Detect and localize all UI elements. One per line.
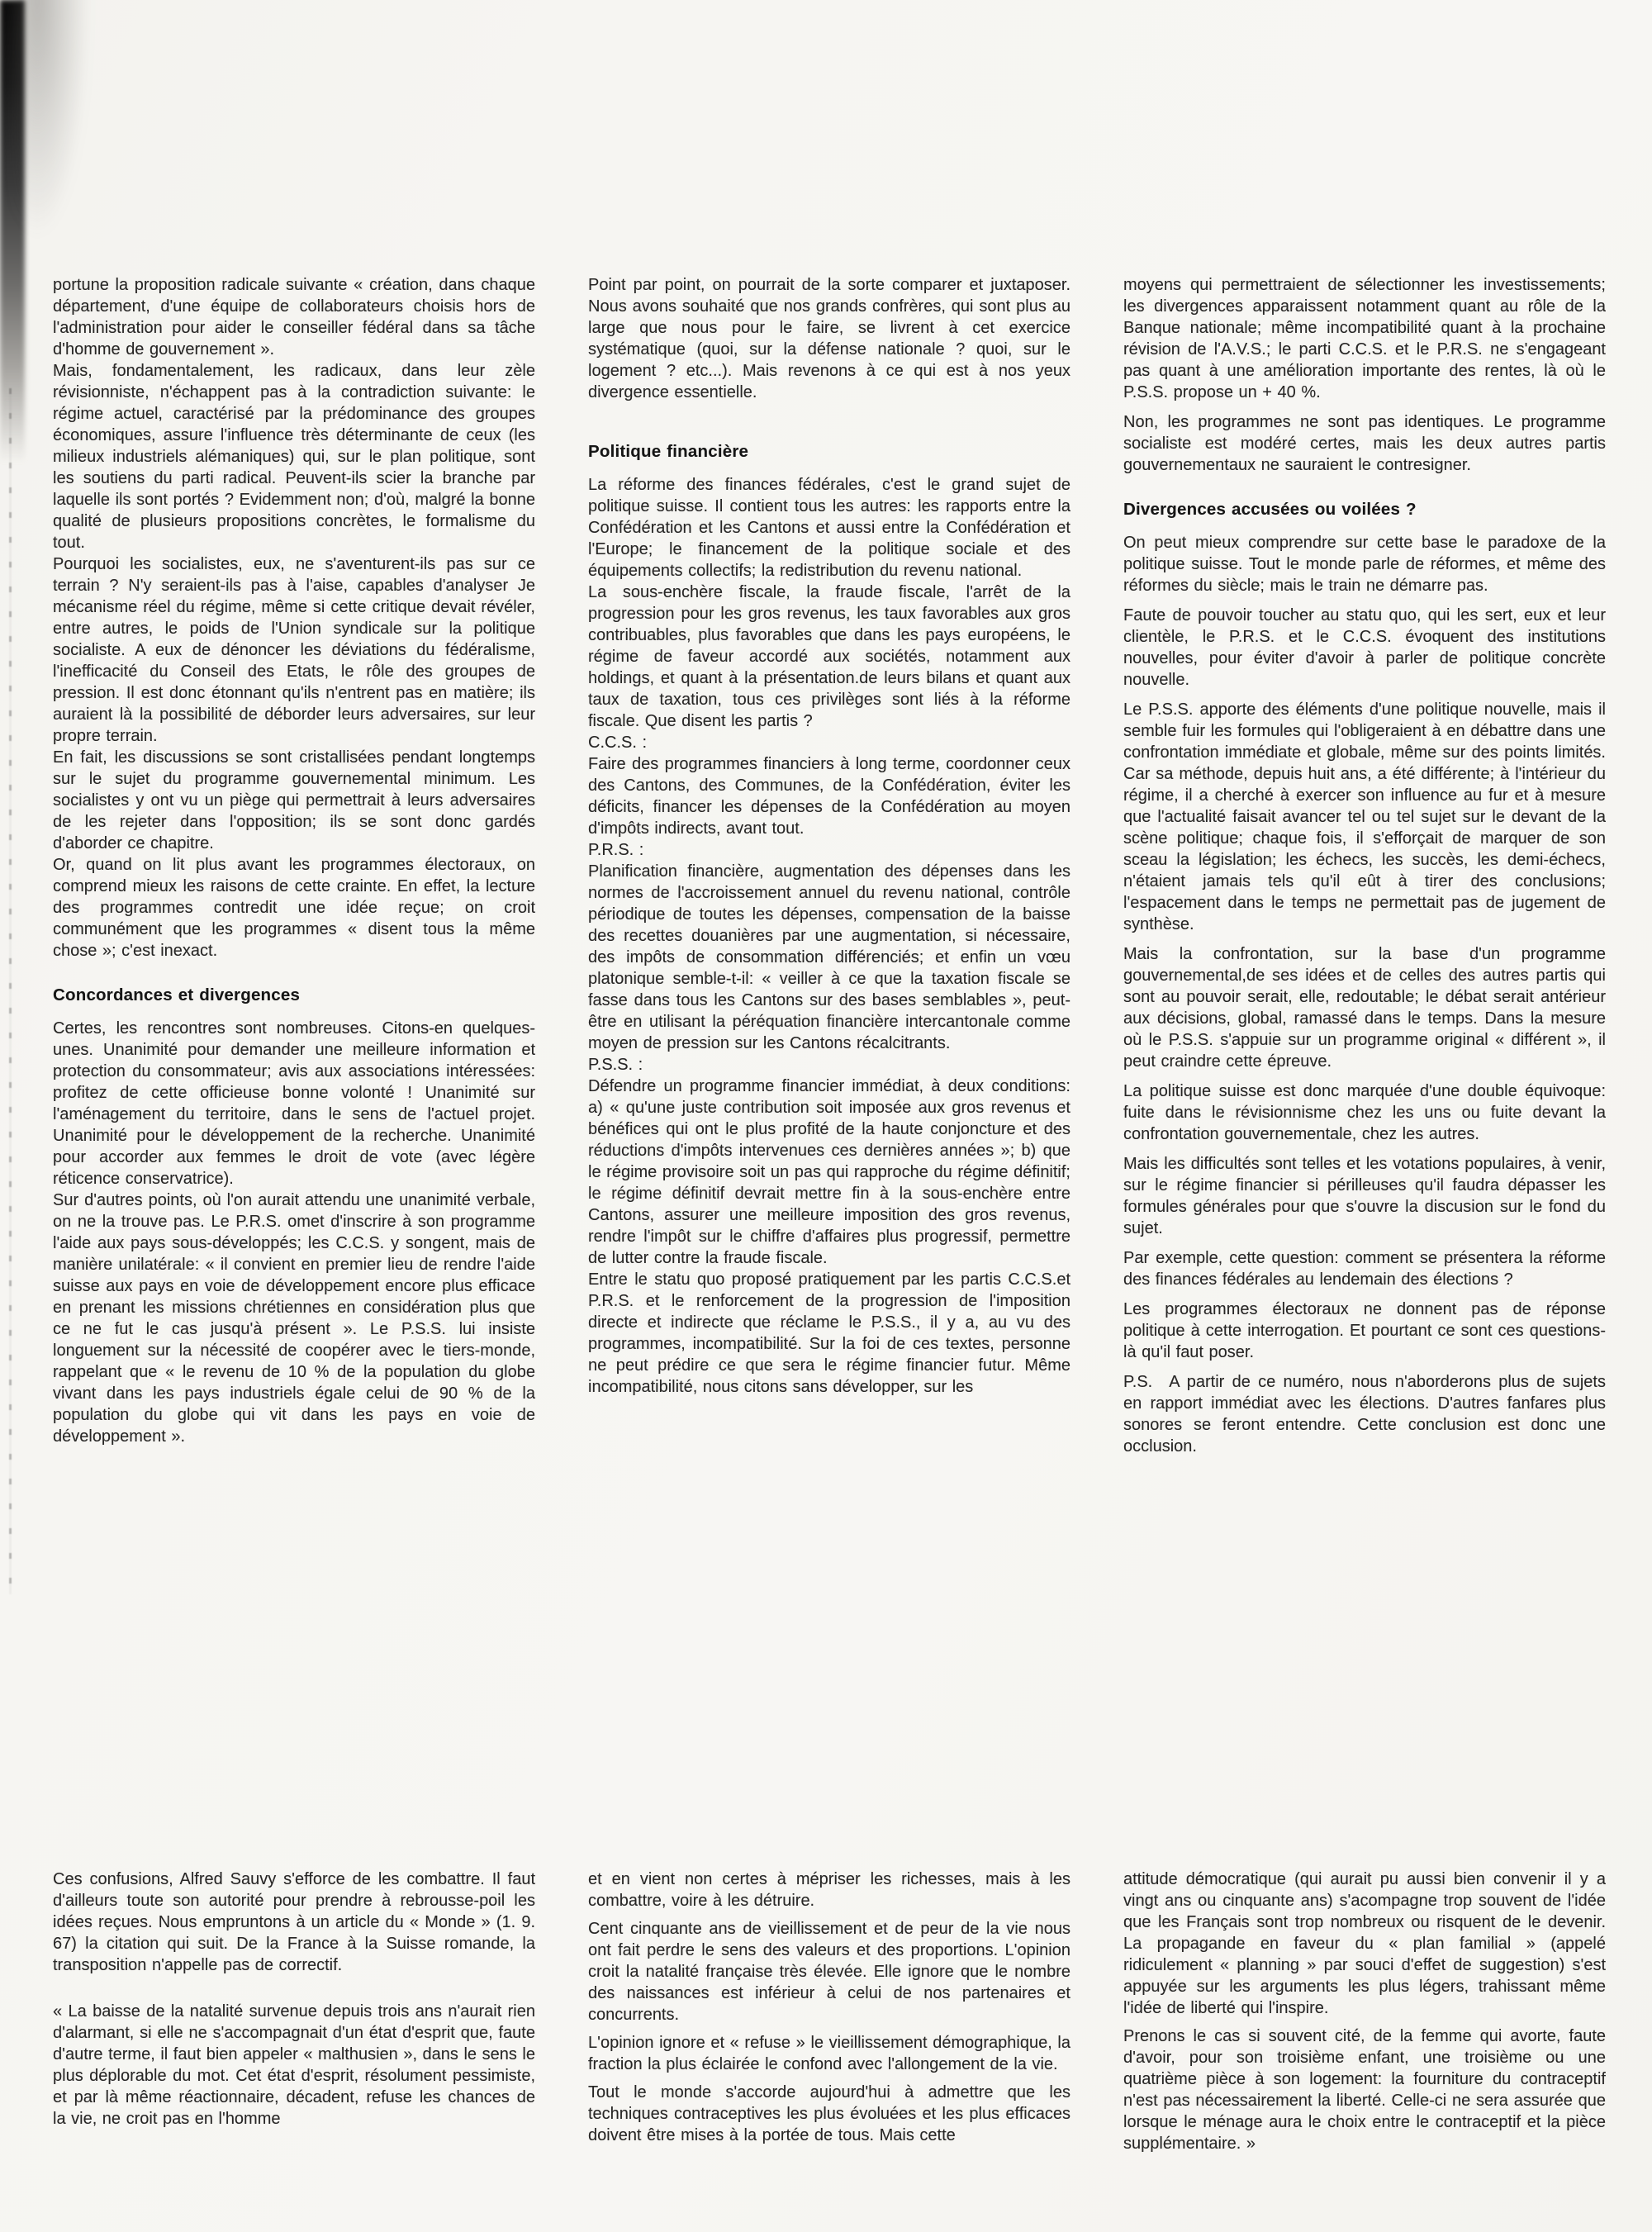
paragraph: Non, les programmes ne sont pas identiqu…: [1123, 411, 1606, 476]
section-heading-concordances: Concordances et divergences: [53, 985, 535, 1006]
quote-paragraph: « La baisse de la natalité survenue depu…: [53, 2001, 535, 2130]
paragraph: Or, quand on lit plus avant les programm…: [53, 854, 535, 962]
section-heading-politique-financiere: Politique financière: [588, 441, 1070, 463]
paragraph: portune la proposition radicale suivante…: [53, 274, 535, 360]
paragraph: moyens qui permettraient de sélectionner…: [1123, 274, 1606, 403]
paragraph: Certes, les rencontres sont nombreuses. …: [53, 1018, 535, 1190]
paragraph: La sous-enchère fiscale, la fraude fisca…: [588, 582, 1070, 732]
party-label-ccs: C.C.S. :: [588, 732, 1070, 753]
paragraph: En fait, les discussions se sont cristal…: [53, 747, 535, 854]
footer-column-2: et en vient non certes à mépriser les ri…: [588, 1869, 1070, 2153]
paragraph: Mais les difficultés sont telles et les …: [1123, 1153, 1606, 1239]
paragraph: Le P.S.S. apporte des éléments d'une pol…: [1123, 699, 1606, 935]
article-column-3: moyens qui permettraient de sélectionner…: [1123, 274, 1606, 1465]
scanned-newspaper-page: portune la proposition radicale suivante…: [0, 0, 1652, 2232]
paragraph: Pourquoi les socialistes, eux, ne s'aven…: [53, 553, 535, 747]
paragraph: Faire des programmes financiers à long t…: [588, 753, 1070, 839]
quote-paragraph: Cent cinquante ans de vieillissement et …: [588, 1918, 1070, 2025]
section-heading-divergences: Divergences accusées ou voilées ?: [1123, 499, 1606, 520]
footer-column-1: Ces confusions, Alfred Sauvy s'efforce d…: [53, 1869, 535, 2136]
scan-smudge: [15, 0, 89, 240]
party-label-prs: P.R.S. :: [588, 839, 1070, 861]
footer-column-3: attitude démocratique (qui aurait pu aus…: [1123, 1869, 1606, 2161]
paragraph: Ces confusions, Alfred Sauvy s'efforce d…: [53, 1869, 535, 1976]
paragraph: Par exemple, cette question: comment se …: [1123, 1247, 1606, 1290]
paragraph: La politique suisse est donc marquée d'u…: [1123, 1080, 1606, 1145]
article-column-2: Point par point, on pourrait de la sorte…: [588, 274, 1070, 1398]
paragraph: Planification financière, augmentation d…: [588, 861, 1070, 1054]
paragraph: Sur d'autres points, où l'on aurait atte…: [53, 1190, 535, 1447]
paragraph: Défendre un programme financier immédiat…: [588, 1076, 1070, 1269]
paragraph: Point par point, on pourrait de la sorte…: [588, 274, 1070, 403]
paragraph: La réforme des finances fédérales, c'est…: [588, 474, 1070, 582]
paragraph: Mais la confrontation, sur la base d'un …: [1123, 943, 1606, 1072]
paragraph-postscript: P.S. A partir de ce numéro, nous n'abord…: [1123, 1371, 1606, 1457]
paragraph: Mais, fondamentalement, les radicaux, da…: [53, 360, 535, 553]
paragraph: On peut mieux comprendre sur cette base …: [1123, 532, 1606, 596]
quote-paragraph: Tout le monde s'accorde aujourd'hui à ad…: [588, 2082, 1070, 2146]
quote-paragraph: attitude démocratique (qui aurait pu aus…: [1123, 1869, 1606, 2019]
paragraph: Faute de pouvoir toucher au statu quo, q…: [1123, 605, 1606, 691]
quote-paragraph: L'opinion ignore et « refuse » le vieill…: [588, 2032, 1070, 2075]
paragraph: Les programmes électoraux ne donnent pas…: [1123, 1299, 1606, 1363]
article-column-1: portune la proposition radicale suivante…: [53, 274, 535, 1447]
quote-paragraph: Prenons le cas si souvent cité, de la fe…: [1123, 2025, 1606, 2154]
paragraph: Entre le statu quo proposé pratiquement …: [588, 1269, 1070, 1398]
party-label-pss: P.S.S. :: [588, 1054, 1070, 1076]
scan-spine-dotted-line: [9, 388, 12, 1594]
quote-paragraph: et en vient non certes à mépriser les ri…: [588, 1869, 1070, 1911]
